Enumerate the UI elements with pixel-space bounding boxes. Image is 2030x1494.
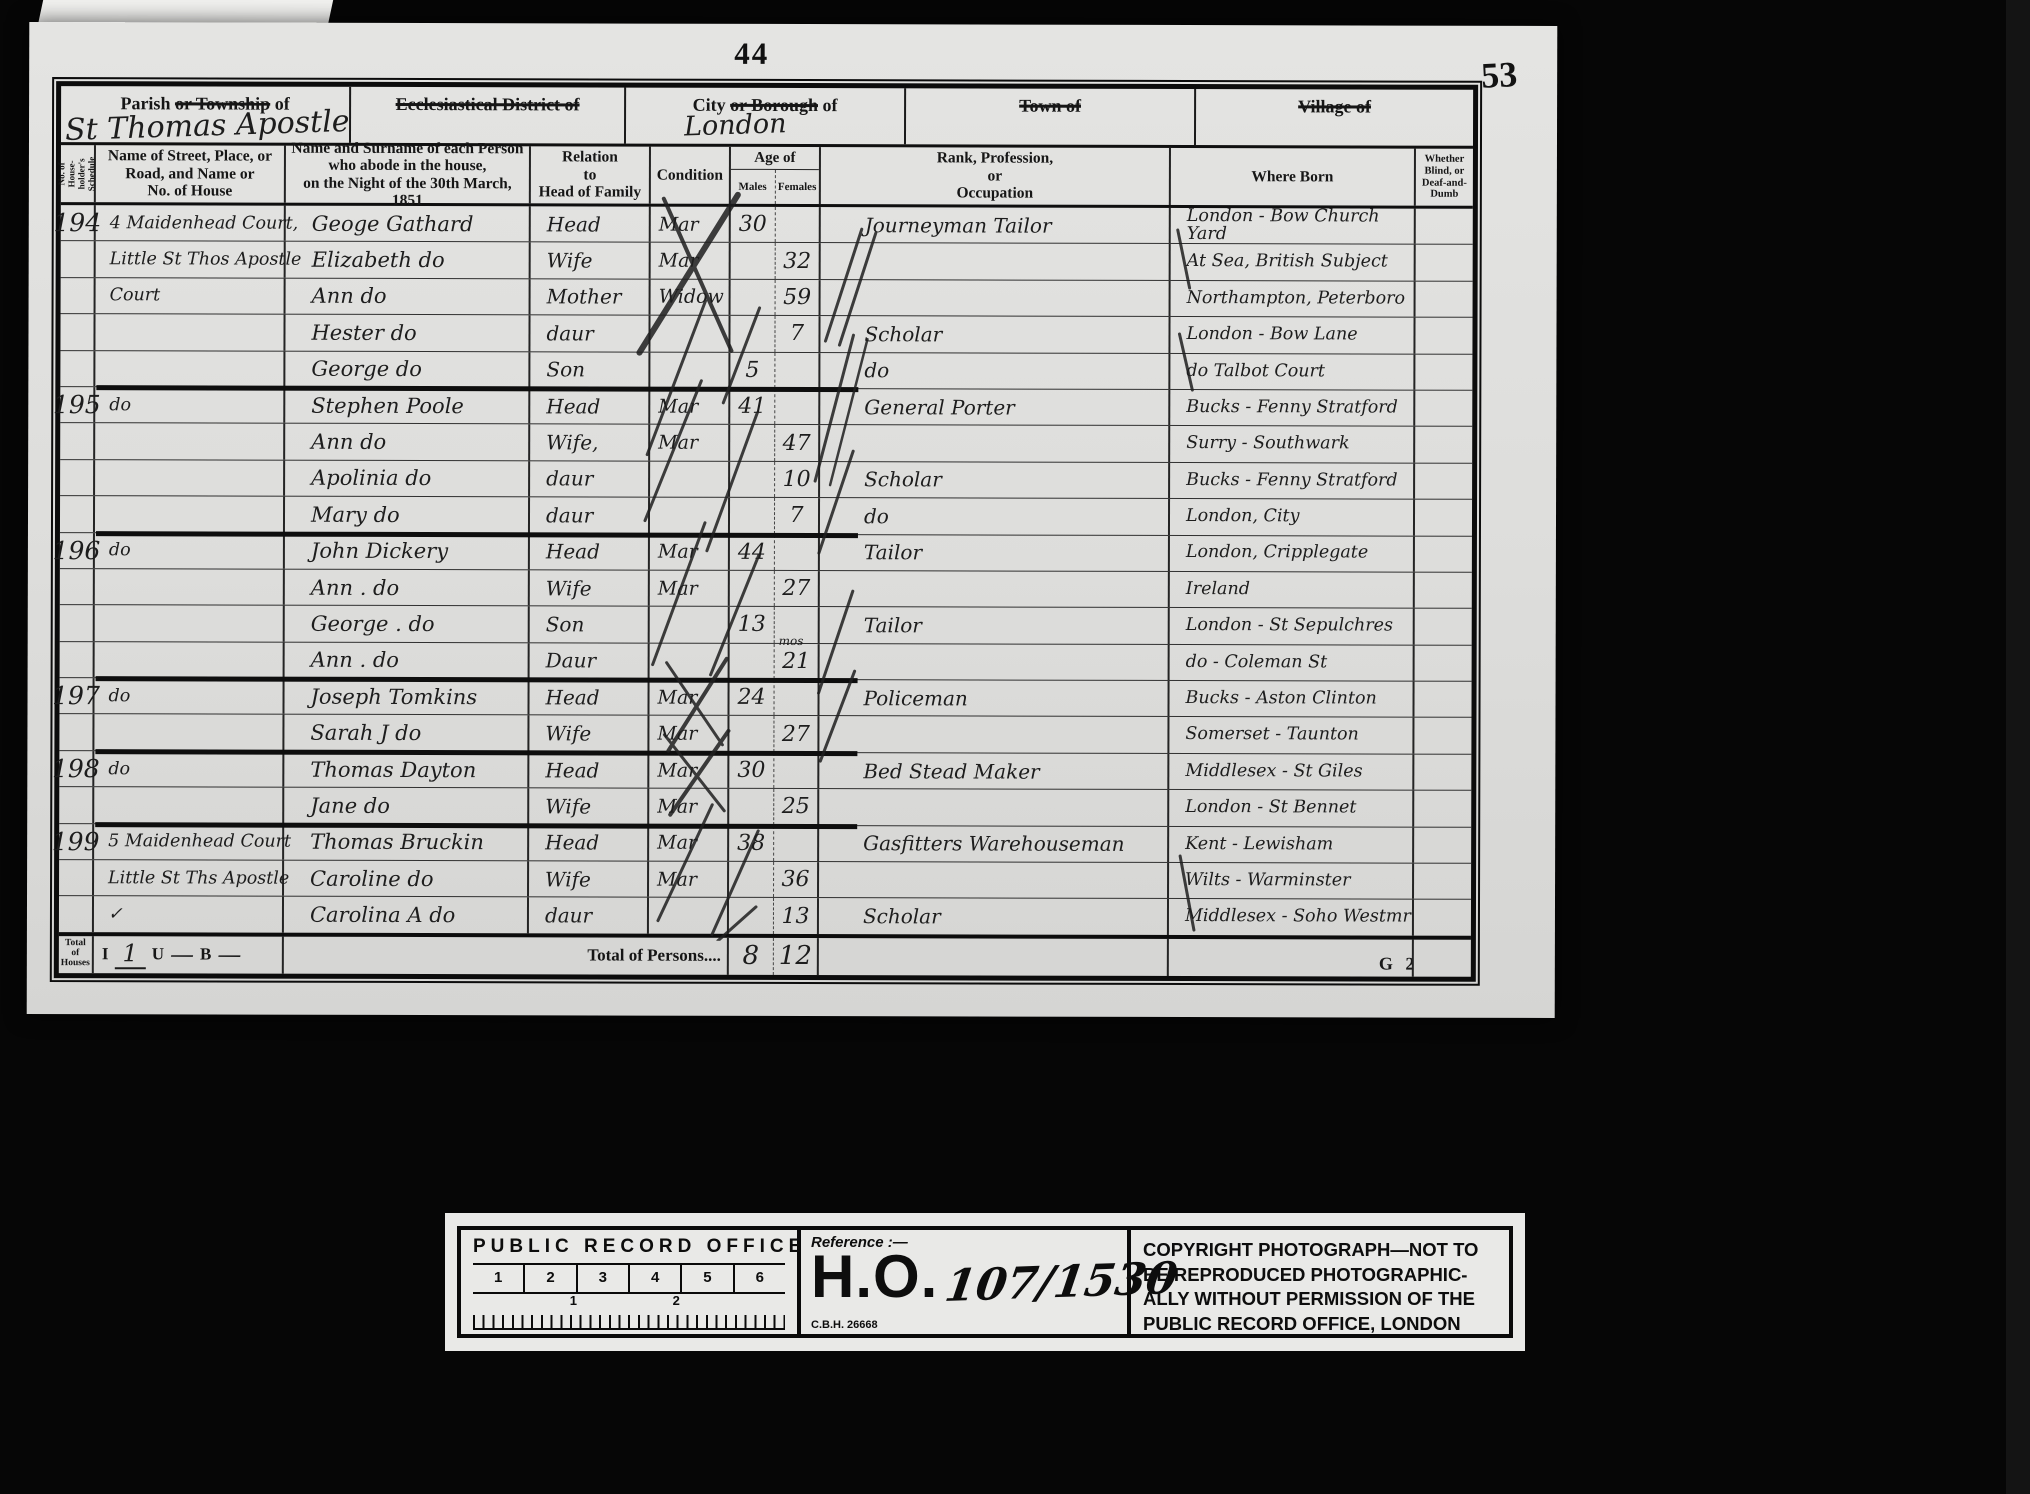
table-row: Jane do Wife Mar 25 London - St Bennet (59, 787, 1471, 827)
cell-blind (1415, 573, 1472, 609)
total-houses-values: I1 U— B— (94, 936, 284, 973)
cell-age-male: 30 (731, 207, 776, 243)
cell-condition (650, 498, 730, 534)
cell-age-female: 7 (775, 316, 820, 352)
pro-reference-section: Reference :— H.O. 107/1530 C.B.H. 26668 (801, 1230, 1131, 1334)
cell-where-born: London, Cripplegate (1170, 536, 1415, 572)
cell-schedule-number (60, 569, 95, 604)
cell-occupation: do (820, 353, 1170, 389)
cell-where-born: do Talbot Court (1170, 354, 1415, 390)
cell-street (95, 424, 285, 460)
pro-ruler: 1 2 (473, 1296, 785, 1330)
cell-schedule-number (60, 314, 95, 349)
cell-street: Little St Thos Apostle (96, 242, 286, 278)
cell-relation: Wife, (530, 425, 650, 461)
cell-street: do (94, 751, 284, 787)
cell-street (95, 314, 285, 350)
cell-occupation: Policeman (819, 680, 1169, 716)
copyright-line: ALLY WITHOUT PERMISSION OF THE (1143, 1287, 1497, 1312)
cell-street: do (94, 678, 284, 714)
cell-street: 4 Maidenhead Court, (96, 205, 286, 241)
cell-age-female: 27 (775, 571, 820, 607)
table-row: 196 do John Dickery Head Mar 44 Tailor L… (60, 533, 1472, 573)
cell-blind (1415, 645, 1472, 681)
ecclesiastical-header-cell: Ecclesiastical District of (351, 87, 626, 144)
cell-blind (1415, 500, 1472, 536)
cell-age-male: 44 (730, 534, 775, 570)
cell-street (95, 642, 285, 678)
cell-name: Stephen Poole (285, 388, 530, 424)
cell-age-male: 30 (729, 753, 774, 789)
cell-name: Thomas Dayton (284, 752, 529, 788)
cell-relation: Wife (529, 716, 649, 752)
cell-relation: Head (529, 679, 649, 715)
cell-street (95, 496, 285, 532)
cell-relation: daur (530, 461, 650, 497)
cell-where-born: Ireland (1170, 572, 1415, 608)
column-header-males: Males (731, 170, 776, 204)
ruler-ticks (473, 1315, 785, 1328)
cell-schedule-number: 198 (59, 751, 94, 786)
parish-value-handwritten: St Thomas Apostle (65, 104, 351, 148)
cell-occupation (821, 243, 1171, 279)
cell-where-born: London - St Sepulchres (1170, 608, 1415, 644)
city-header-cell: City or Borough of London (626, 88, 906, 145)
cell-name: John Dickery (285, 533, 530, 569)
cell-condition (650, 607, 730, 643)
cell-occupation: Gasfitters Warehouseman (819, 826, 1169, 862)
cell-relation: Wife (529, 861, 649, 897)
table-row: George do Son 5 do do Talbot Court (60, 351, 1472, 391)
cell-blind (1415, 391, 1472, 427)
cell-name: Apolinia do (285, 460, 530, 496)
cell-occupation: Journeyman Tailor (821, 207, 1171, 243)
cell-condition: Widow (651, 279, 731, 315)
cell-age-female (775, 389, 820, 425)
cell-relation: Head (530, 388, 650, 424)
cell-where-born: Bucks - Aston Clinton (1169, 681, 1414, 717)
cell-name: Sarah J do (284, 715, 529, 751)
cell-name: Hester do (285, 315, 530, 351)
cell-blind (1416, 245, 1473, 281)
town-header-cell: Town of (906, 88, 1196, 145)
cell-condition: Mar (650, 571, 730, 607)
cell-name: George . do (285, 606, 530, 642)
cell-where-born: Northampton, Peterboro (1171, 281, 1416, 317)
cell-where-born: Surry - Southwark (1170, 426, 1415, 462)
cell-occupation: Tailor (820, 607, 1170, 643)
cell-blind (1416, 209, 1473, 245)
cell-age-male: 24 (729, 680, 774, 716)
cell-where-born: At Sea, British Subject (1171, 244, 1416, 280)
cell-blind (1415, 609, 1472, 645)
cell-name: Carolina A do (284, 897, 529, 933)
cell-age-male (729, 898, 774, 934)
cell-blind (1414, 754, 1471, 790)
pro-copyright-section: COPYRIGHT PHOTOGRAPH—NOT TO BE REPRODUCE… (1131, 1230, 1509, 1334)
folio-number: 53 (1480, 53, 1518, 97)
cell-blind (1415, 318, 1472, 354)
cell-condition (649, 898, 729, 934)
copyright-line: PUBLIC RECORD OFFICE, LONDON (1143, 1312, 1497, 1337)
cell-name: Caroline do (284, 861, 529, 897)
cell-age-female (775, 353, 820, 389)
cell-street: 5 Maidenhead Court (94, 824, 284, 860)
cell-age-female (775, 534, 820, 570)
cell-name: Mary do (285, 497, 530, 533)
column-header-street: Name of Street, Place, or Road, and Name… (96, 145, 286, 202)
cell-occupation: Scholar (820, 316, 1170, 352)
cell-where-born: Kent - Lewisham (1169, 827, 1414, 863)
column-header-blind: Whether Blind, or Deaf-and- Dumb (1416, 149, 1473, 206)
cell-occupation (820, 425, 1170, 461)
table-row: 199 5 Maidenhead Court Thomas Bruckin He… (59, 824, 1471, 864)
cell-where-born: do - Coleman St (1170, 645, 1415, 681)
cell-condition: Mar (649, 716, 729, 752)
cell-schedule-number: 199 (59, 824, 94, 859)
cell-age-male: 5 (730, 352, 775, 388)
cell-where-born: London, City (1170, 499, 1415, 535)
cell-age-female: 32 (776, 243, 821, 279)
column-header-schedule: No. of House- holder's Schedule (61, 145, 96, 202)
city-value-handwritten: London (684, 108, 787, 142)
cell-age-female: 36 (774, 862, 819, 898)
cell-condition: Mar (649, 752, 729, 788)
cell-blind (1416, 281, 1473, 317)
cell-relation: daur (529, 898, 649, 934)
pro-scale: 123456 (473, 1263, 785, 1294)
cell-condition: Mar (650, 389, 730, 425)
cell-occupation (819, 717, 1169, 753)
cell-age-male (730, 425, 775, 461)
cell-relation: Head (530, 534, 650, 570)
cell-occupation (821, 280, 1171, 316)
cell-relation: Wife (529, 789, 649, 825)
cell-relation: Head (529, 752, 649, 788)
cell-where-born: Bucks - Fenny Stratford (1170, 390, 1415, 426)
cell-age-female: 25 (774, 789, 819, 825)
cell-schedule-number (60, 351, 95, 386)
table-row: ✓ Carolina A do daur 13 Scholar Middlese… (59, 897, 1471, 936)
cell-age-female (774, 680, 819, 716)
film-edge (2006, 0, 2030, 1494)
cell-age-male (730, 316, 775, 352)
cell-where-born: Middlesex - Soho Westmr (1169, 899, 1414, 935)
column-header-condition: Condition (651, 147, 731, 204)
column-header-females: Females (775, 170, 819, 204)
cell-condition: Mar (649, 825, 729, 861)
cell-where-born: Wilts - Warminster (1169, 863, 1414, 899)
cell-age-female (774, 826, 819, 862)
cell-where-born: Somerset - Taunton (1169, 717, 1414, 753)
cell-age-female (774, 753, 819, 789)
cell-where-born: Bucks - Fenny Stratford (1170, 463, 1415, 499)
cell-age-female (776, 207, 821, 243)
cell-name: Ann . do (285, 642, 530, 678)
cell-blind (1414, 718, 1471, 754)
table-row: Apolinia do daur 10 Scholar Bucks - Fenn… (60, 460, 1472, 500)
houses-inhabited-value: 1 (122, 940, 137, 968)
cell-condition (650, 316, 730, 352)
table-row: Ann do Wife, Mar 47 Surry - Southwark (60, 423, 1472, 463)
cell-occupation: Bed Stead Maker (819, 753, 1169, 789)
village-header-cell: Village of (1196, 89, 1473, 146)
cell-condition: Mar (651, 207, 731, 243)
cell-blind (1414, 827, 1471, 863)
cell-blind (1414, 900, 1471, 936)
cell-age-male (730, 571, 775, 607)
cell-age-male: 13 (730, 607, 775, 643)
table-row: 194 4 Maidenhead Court, Geoge Gathard He… (61, 205, 1473, 245)
cell-relation: Mother (531, 279, 651, 315)
column-header-where-born: Where Born (1171, 148, 1416, 206)
cell-street (95, 569, 285, 605)
cell-schedule-number (59, 860, 94, 895)
cell-relation: daur (530, 497, 650, 533)
cell-occupation (820, 644, 1170, 680)
cell-where-born: London - Bow Church Yard (1171, 208, 1416, 244)
cell-schedule-number: 197 (59, 678, 94, 713)
cell-blind (1415, 354, 1472, 390)
cell-name: Ann . do (285, 570, 530, 606)
cell-name: Thomas Bruckin (284, 824, 529, 860)
cell-age-male (729, 716, 774, 752)
cell-blind (1415, 463, 1472, 499)
cell-relation: daur (530, 315, 650, 351)
cell-schedule-number (60, 642, 95, 677)
town-label: Town of (1019, 96, 1081, 116)
cell-street: Little St Ths Apostle (94, 860, 284, 896)
cell-condition (650, 352, 730, 388)
cell-street (94, 715, 284, 751)
total-houses-label: Total of Houses (59, 936, 94, 973)
ecclesiastical-label: Ecclesiastical District of (396, 94, 580, 114)
cell-age-female: 7 (775, 498, 820, 534)
cell-blind (1415, 427, 1472, 463)
cell-street: do (95, 533, 285, 569)
cell-schedule-number: 196 (60, 533, 95, 568)
table-row: Sarah J do Wife Mar 27 Somerset - Taunto… (59, 715, 1471, 755)
cell-schedule-number (59, 715, 94, 750)
table-row: 197 do Joseph Tomkins Head Mar 24 Police… (59, 678, 1471, 718)
village-label: Village of (1298, 96, 1371, 116)
stamp-code: C.B.H. 26668 (811, 1319, 878, 1331)
cell-relation: Son (530, 607, 650, 643)
column-header-occupation: Rank, Profession, or Occupation (821, 147, 1171, 205)
reference-series: H.O. (811, 1247, 938, 1307)
cell-occupation (819, 862, 1169, 898)
cell-age-male (731, 280, 776, 316)
cell-condition: Mar (650, 425, 730, 461)
cell-age-male (730, 498, 775, 534)
cell-name: George do (285, 351, 530, 387)
cell-street (94, 787, 284, 823)
totals-row: Total of Houses I1 U— B— Total of Person… (59, 932, 1471, 977)
cell-where-born: London - St Bennet (1169, 790, 1414, 826)
cell-schedule-number: 195 (60, 387, 95, 422)
census-page-sheet: 44 53 G 2 Parish or Township of St Thoma… (27, 22, 1558, 1018)
cell-street: Court (96, 278, 286, 314)
cell-name: Ann do (285, 424, 530, 460)
cell-street (95, 605, 285, 641)
table-row: Little St Ths Apostle Caroline do Wife M… (59, 860, 1471, 900)
cell-where-born: London - Bow Lane (1170, 317, 1415, 353)
cell-relation: Head (529, 825, 649, 861)
cell-age-female: 13 (774, 898, 819, 934)
cell-schedule-number (59, 787, 94, 822)
cell-name: Ann do (286, 278, 531, 314)
cell-name: Elizabeth do (286, 242, 531, 278)
cell-occupation: Scholar (820, 462, 1170, 498)
table-row: George . do Son 13 Tailor London - St Se… (60, 605, 1472, 645)
cell-blind (1414, 864, 1471, 900)
total-persons-label: Total of Persons.... (284, 936, 729, 974)
table-row: Ann . do Daur mos21 do - Coleman St (60, 642, 1472, 682)
table-row: Ann . do Wife Mar 27 Ireland (60, 569, 1472, 609)
parish-header-cell: Parish or Township of St Thomas Apostle (61, 86, 351, 143)
cell-condition: Mar (650, 534, 730, 570)
cell-age-male (729, 789, 774, 825)
cell-schedule-number (60, 496, 95, 531)
census-form-table: Parish or Township of St Thomas Apostle … (54, 81, 1478, 982)
cell-street (95, 351, 285, 387)
cell-age-male (731, 243, 776, 279)
cell-occupation: do (820, 498, 1170, 534)
cell-blind (1415, 536, 1472, 572)
cell-relation: Head (531, 206, 651, 242)
page-number: 44 (734, 36, 769, 72)
column-header-age: Age of Males Females (731, 147, 821, 204)
cell-blind (1414, 791, 1471, 827)
pro-reference-stamp: PUBLIC RECORD OFFICE 123456 1 2 Referenc… (445, 1213, 1525, 1351)
cell-condition: Mar (651, 243, 731, 279)
cell-condition: Mar (649, 789, 729, 825)
cell-occupation: Scholar (819, 898, 1169, 934)
cell-age-female: 59 (776, 280, 821, 316)
cell-condition: Mar (649, 680, 729, 716)
cell-name: Joseph Tomkins (284, 679, 529, 715)
table-row: Mary do daur 7 do London, City (60, 496, 1472, 536)
cell-schedule-number (59, 897, 94, 932)
cell-schedule-number (60, 460, 95, 495)
total-males: 8 (729, 938, 774, 975)
column-header-name: Name and Surname of each Person who abod… (286, 146, 531, 204)
cell-schedule-number (61, 241, 96, 276)
cell-age-female: 10 (775, 462, 820, 498)
cell-age-female: mos21 (775, 644, 820, 680)
cell-age-male (730, 462, 775, 498)
cell-schedule-number (61, 278, 96, 313)
cell-relation: Daur (530, 643, 650, 679)
table-row: Hester do daur 7 Scholar London - Bow La… (60, 314, 1472, 354)
cell-blind (1414, 682, 1471, 718)
cell-condition (650, 461, 730, 497)
reference-number-handwritten: 107/1530 (942, 1253, 1181, 1312)
cell-name: Geoge Gathard (286, 206, 531, 242)
cell-schedule-number (60, 423, 95, 458)
cell-age-male (730, 644, 775, 680)
cell-relation: Wife (531, 243, 651, 279)
cell-occupation: General Porter (820, 389, 1170, 425)
cell-street: do (95, 387, 285, 423)
total-females: 12 (774, 938, 819, 975)
cell-schedule-number (60, 605, 95, 640)
district-header-band: Parish or Township of St Thomas Apostle … (61, 86, 1473, 149)
pro-ruler-section: PUBLIC RECORD OFFICE 123456 1 2 (461, 1230, 801, 1334)
cell-where-born: Middlesex - St Giles (1169, 754, 1414, 790)
cell-age-male: 41 (730, 389, 775, 425)
column-header-row: No. of House- holder's Schedule Name of … (61, 145, 1473, 209)
cell-age-female: 27 (774, 716, 819, 752)
cell-relation: Wife (530, 570, 650, 606)
cell-occupation: Tailor (820, 535, 1170, 571)
cell-relation: Son (530, 352, 650, 388)
cell-occupation (820, 571, 1170, 607)
cell-condition: Mar (649, 862, 729, 898)
cell-street (95, 460, 285, 496)
table-row: Court Ann do Mother Widow 59 Northampton… (61, 278, 1473, 318)
cell-schedule-number: 194 (61, 205, 96, 240)
copyright-line: BE REPRODUCED PHOTOGRAPHIC- (1143, 1263, 1497, 1288)
cell-street: ✓ (94, 897, 284, 933)
cell-condition (650, 643, 730, 679)
cell-name: Jane do (284, 788, 529, 824)
table-row: 195 do Stephen Poole Head Mar 41 General… (60, 387, 1472, 427)
cell-age-male (729, 862, 774, 898)
census-rows: 194 4 Maidenhead Court, Geoge Gathard He… (59, 205, 1473, 936)
cell-occupation (819, 789, 1169, 825)
column-header-relation: Relation to Head of Family (531, 146, 651, 203)
pro-office-title: PUBLIC RECORD OFFICE (473, 1236, 785, 1258)
copyright-line: COPYRIGHT PHOTOGRAPH—NOT TO (1143, 1238, 1497, 1263)
table-row: Little St Thos Apostle Elizabeth do Wife… (61, 241, 1473, 281)
cell-age-female: 47 (775, 425, 820, 461)
cell-age-male: 38 (729, 825, 774, 861)
table-row: 198 do Thomas Dayton Head Mar 30 Bed Ste… (59, 751, 1471, 791)
